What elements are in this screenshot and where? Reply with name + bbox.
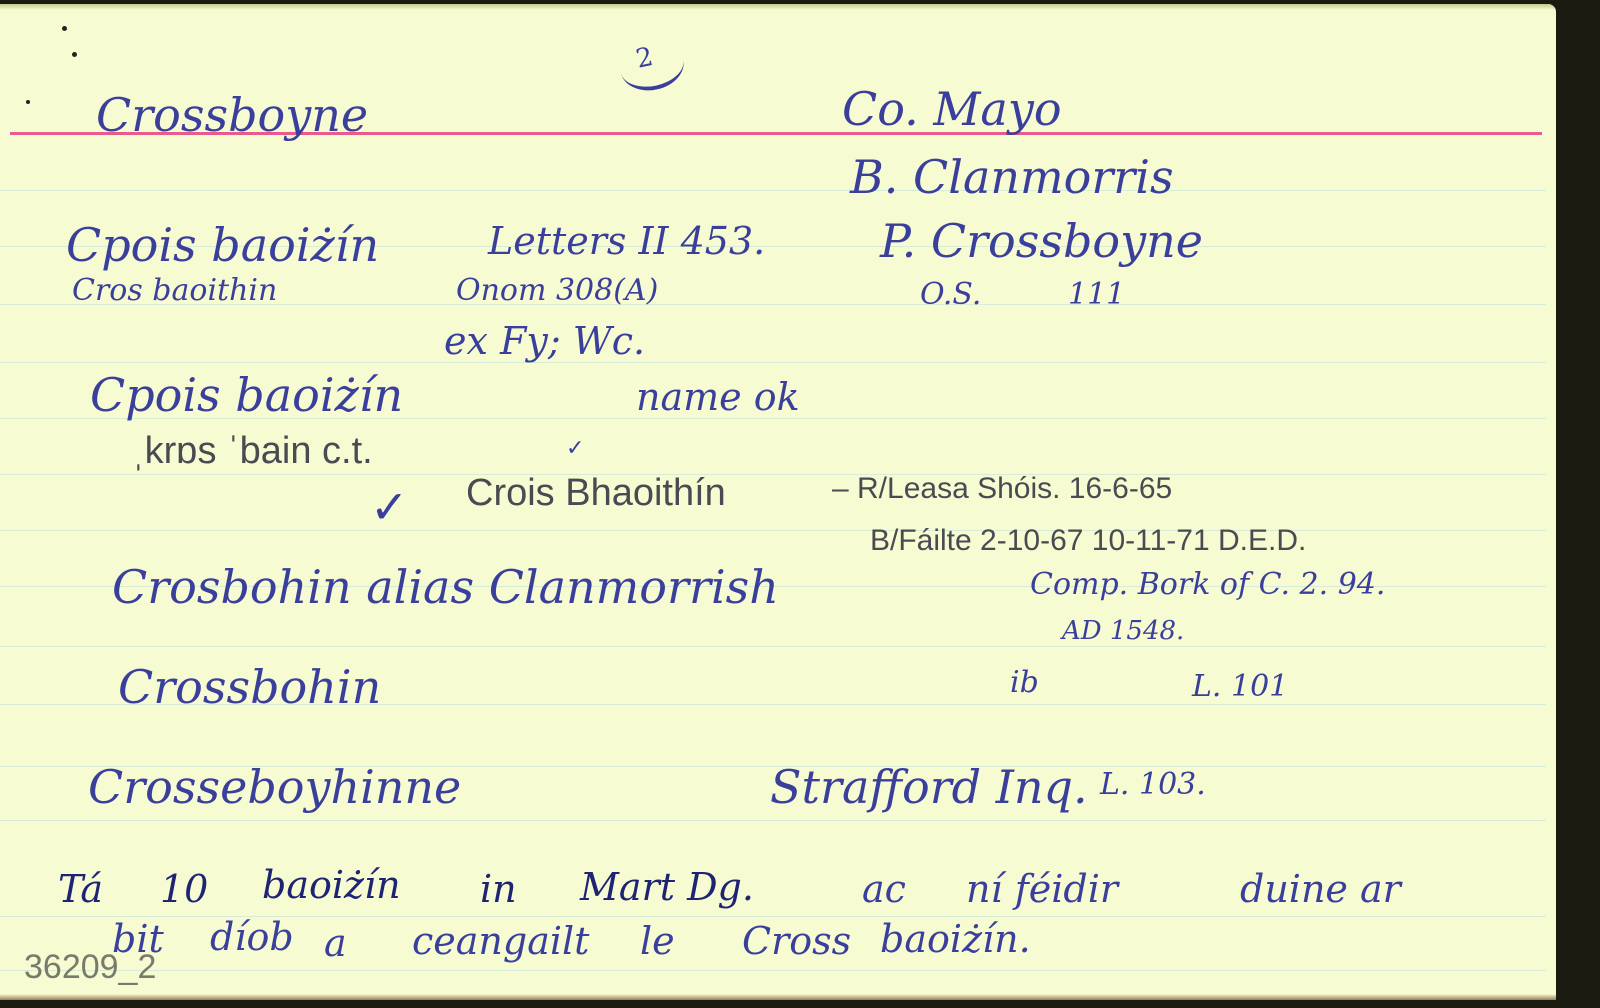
entry-form: Crosseboyhinne bbox=[88, 764, 461, 810]
entry-page: L. 101 bbox=[1192, 672, 1288, 702]
entry-page: L. 103. bbox=[1100, 770, 1206, 800]
archive-number: 36209_2 bbox=[24, 950, 156, 984]
rule-line bbox=[0, 474, 1546, 475]
entry-source: Comp. Bork of C. 2. 94. bbox=[1030, 570, 1385, 600]
parish-ref: P. Crossboyne bbox=[880, 218, 1203, 264]
tick-icon: ✓ bbox=[566, 436, 584, 461]
index-card: 2 Crossboyne Co. Mayo B. Clanmorris Cpoi… bbox=[0, 4, 1556, 1000]
note-word: Cross bbox=[742, 922, 851, 960]
entry-source: – R/Leasa Shóis. 16-6-65 bbox=[832, 474, 1172, 504]
rule-line bbox=[0, 646, 1546, 647]
rule-line bbox=[0, 362, 1546, 363]
note-word: ac bbox=[862, 870, 906, 908]
note-word: duine ar bbox=[1240, 870, 1401, 908]
county: Co. Mayo bbox=[842, 86, 1062, 132]
note-word: Tá bbox=[58, 870, 103, 908]
note-word: le bbox=[640, 922, 675, 960]
note-word: Mart Dg. bbox=[580, 868, 754, 906]
entry-source: Letters II 453. bbox=[488, 222, 765, 260]
entry-source: Onom 308(A) bbox=[456, 276, 658, 306]
note-word: ní féidir bbox=[966, 870, 1118, 908]
rule-line bbox=[0, 190, 1546, 191]
os-label: O.S. bbox=[920, 280, 981, 310]
entry-source: ib bbox=[1010, 668, 1039, 698]
entry-form: Crosbohin alias Clanmorrish bbox=[112, 564, 779, 610]
placename-title: Crossboyne bbox=[96, 92, 368, 138]
entry-source: Strafford Inq. bbox=[770, 764, 1088, 810]
entry-form: Cpois baoiżín bbox=[66, 222, 379, 268]
rule-line bbox=[0, 820, 1546, 821]
barony: B. Clanmorris bbox=[850, 154, 1174, 200]
note-word: baoiżín bbox=[262, 866, 401, 904]
rule-line bbox=[0, 970, 1546, 971]
entry-source: B/Fáilte 2-10-67 10-11-71 D.E.D. bbox=[870, 526, 1306, 556]
note-word: ceangailt bbox=[412, 922, 589, 960]
os-sheet: 111 bbox=[1068, 280, 1125, 310]
pronunciation: ˌkrɒs ˈbain c.t. bbox=[132, 432, 373, 470]
entry-form: Cros baoithin bbox=[72, 276, 277, 306]
note-word: in bbox=[480, 870, 517, 908]
entry-source-note: AD 1548. bbox=[1062, 618, 1184, 644]
entry-form: Crossbohin bbox=[118, 664, 381, 710]
page-marker: 2 bbox=[616, 36, 689, 96]
ink-dot bbox=[62, 26, 67, 31]
note-word: a bbox=[324, 924, 347, 962]
ink-dot bbox=[26, 100, 30, 104]
entry-form: Crois Bhaoithín bbox=[466, 474, 726, 512]
note-word: 10 bbox=[160, 870, 208, 908]
note-word: baoiżín. bbox=[880, 920, 1031, 958]
entry-form: Cpois baoiżín bbox=[90, 372, 403, 418]
checkmark-icon: ✓ bbox=[370, 480, 409, 534]
ink-dot bbox=[72, 52, 77, 57]
rule-line bbox=[0, 530, 1546, 531]
note-word: díob bbox=[210, 918, 294, 956]
entry-source: ex Fy; Wc. bbox=[444, 322, 645, 360]
entry-source: name ok bbox=[636, 378, 800, 416]
